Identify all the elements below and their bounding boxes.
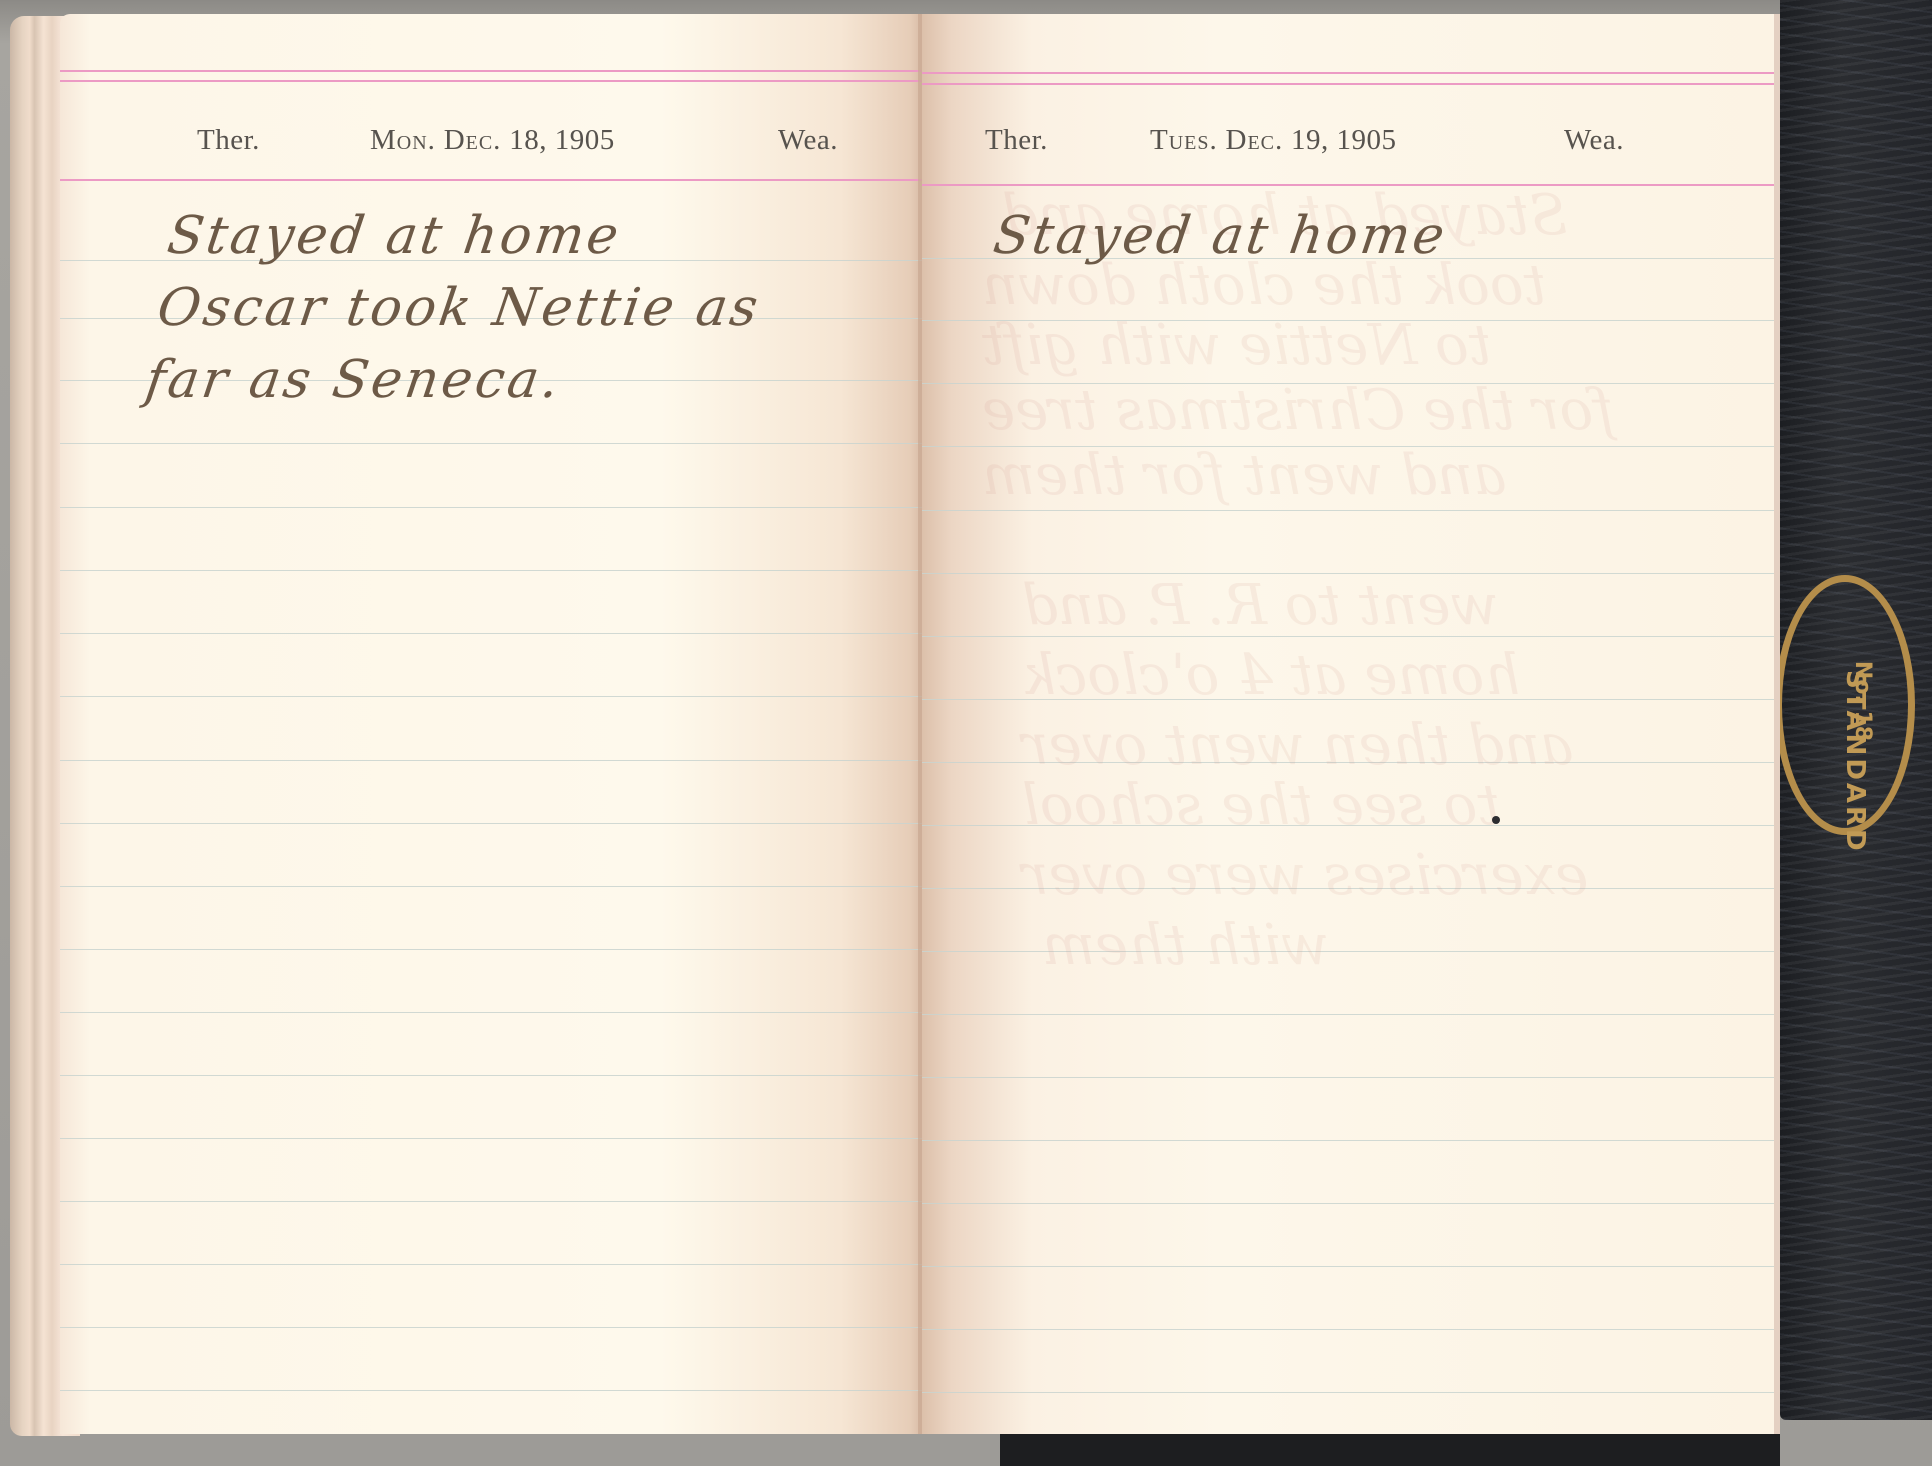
pink-double-rule-top xyxy=(922,72,1774,74)
ruled-line xyxy=(60,696,922,697)
cover-bottom-edge xyxy=(1000,1430,1780,1466)
ink-bleed-through: exercises were over xyxy=(1022,844,1588,907)
date-day-year: 19, 1905 xyxy=(1291,124,1397,156)
photo-scene: STANDARD No. 18 Ther. Mon. Dec. 18, xyxy=(0,0,1932,1466)
ruled-line xyxy=(60,1201,922,1202)
ruled-line xyxy=(922,1203,1774,1204)
ink-spot xyxy=(1492,816,1500,824)
ink-bleed-through: home at 4 o'clock xyxy=(1022,644,1520,707)
date-month: Dec. xyxy=(1226,124,1284,156)
ruled-line xyxy=(60,1075,922,1076)
left-page: Ther. Mon. Dec. 18, 1905 Wea. Stayed at … xyxy=(60,14,922,1434)
date-weekday: Tues. xyxy=(1150,124,1218,156)
handwritten-entry-line: Oscar took Nettie as xyxy=(154,276,765,340)
thermometer-label: Ther. xyxy=(197,124,260,157)
ruled-line xyxy=(922,510,1774,511)
ruled-line xyxy=(60,886,922,887)
emblem-number-label: No. xyxy=(1850,661,1875,703)
ink-bleed-through: and then went over xyxy=(1022,714,1573,777)
date-weekday: Mon. xyxy=(370,124,436,156)
pink-double-rule-bottom xyxy=(922,83,1774,85)
pink-double-rule-top xyxy=(60,70,922,72)
emblem-number-value: 18 xyxy=(1850,710,1875,741)
date-heading: Tues. Dec. 19, 1905 xyxy=(1150,124,1397,157)
ruled-line xyxy=(60,823,922,824)
date-heading: Mon. Dec. 18, 1905 xyxy=(370,124,615,157)
handwritten-entry-line: far as Seneca. xyxy=(142,348,566,412)
pink-header-rule xyxy=(60,179,922,181)
ruled-line xyxy=(60,1012,922,1013)
ruled-line xyxy=(60,1390,922,1391)
ruled-line xyxy=(60,633,922,634)
ruled-line xyxy=(60,443,922,444)
pink-double-rule-bottom xyxy=(60,80,922,82)
ruled-line xyxy=(60,949,922,950)
ink-bleed-through: for the Christmas tree xyxy=(982,379,1614,442)
right-page: Stayed at home and took the cloth down t… xyxy=(922,14,1780,1434)
date-month: Dec. xyxy=(444,124,502,156)
ruled-line xyxy=(922,1077,1774,1078)
ink-bleed-through: and went for them xyxy=(982,444,1506,507)
ink-bleed-through: to Nettie with gift xyxy=(982,314,1491,377)
ruled-line xyxy=(60,570,922,571)
ruled-line xyxy=(60,1264,922,1265)
ruled-line xyxy=(922,1266,1774,1267)
ink-bleed-through: with them xyxy=(1042,914,1329,977)
date-day-year: 18, 1905 xyxy=(509,124,615,156)
ruled-line xyxy=(60,1138,922,1139)
ruled-line xyxy=(922,1329,1774,1330)
ruled-line xyxy=(60,507,922,508)
weather-label: Wea. xyxy=(1564,124,1624,157)
ink-bleed-through: to see the school xyxy=(1022,774,1500,837)
ruled-line xyxy=(60,1327,922,1328)
handwritten-entry-line: Stayed at home xyxy=(164,204,626,268)
ruled-line xyxy=(922,1014,1774,1015)
ruled-line xyxy=(922,1140,1774,1141)
ruled-line xyxy=(922,1392,1774,1393)
ink-bleed-through: went to R. P. and xyxy=(1022,574,1498,637)
emblem-number: No. 18 xyxy=(1851,661,1873,741)
thermometer-label: Ther. xyxy=(985,124,1048,157)
ruled-line xyxy=(60,760,922,761)
handwritten-entry-line: Stayed at home xyxy=(990,204,1452,268)
weather-label: Wea. xyxy=(778,124,838,157)
